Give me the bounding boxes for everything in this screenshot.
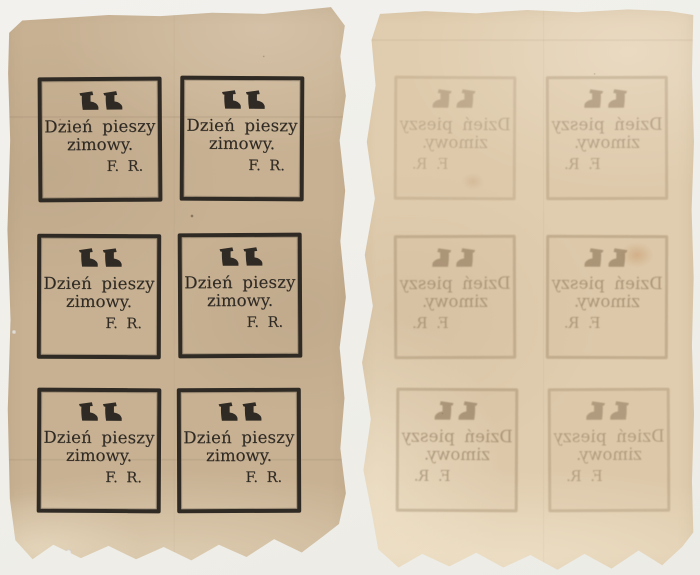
two-boots-icon xyxy=(41,247,157,268)
two-boots-icon xyxy=(42,90,158,112)
stamp-initials: F. R. xyxy=(42,159,158,176)
stamp-initials: F. R. xyxy=(182,315,298,332)
label-stamp-showthrough: Dzień pieszy zimowy. F. R. xyxy=(548,388,671,513)
stamp-text-line2: zimowy. xyxy=(42,136,158,156)
stamp-initials: F. R. xyxy=(551,469,667,486)
label-stamp-showthrough: Dzień pieszy zimowy. F. R. xyxy=(396,388,519,513)
stamp-text-line1: Dzień pieszy xyxy=(397,275,513,294)
two-boots-icon xyxy=(184,89,300,111)
stamp-text-line1: Dzień pieszy xyxy=(41,429,157,448)
label-stamp-showthrough: Dzień pieszy zimowy. F. R. xyxy=(546,235,668,359)
stamp-text-line2: zimowy. xyxy=(551,446,667,466)
label-stamp: Dzień pieszy zimowy. F. R. xyxy=(37,388,162,514)
stamp-text-line2: zimowy. xyxy=(397,293,513,312)
label-stamp-showthrough: Dzień pieszy zimowy. F. R. xyxy=(394,76,517,201)
stamp-text-line2: zimowy. xyxy=(41,293,157,312)
label-stamp: Dzień pieszy zimowy. F. R. xyxy=(177,388,301,513)
paper-hole xyxy=(12,330,16,334)
stamp-text-line2: zimowy. xyxy=(182,292,298,312)
two-boots-icon xyxy=(549,88,665,109)
stamp-text-line2: zimowy. xyxy=(184,135,300,155)
stamp-text-line1: Dzień pieszy xyxy=(181,429,297,448)
stamp-initials: F. R. xyxy=(397,316,513,332)
stamp-initials: F. R. xyxy=(41,470,157,487)
label-stamp-showthrough: Dzień pieszy zimowy. F. R. xyxy=(546,76,668,200)
label-stamp: Dzień pieszy zimowy. F. R. xyxy=(178,233,303,359)
two-boots-icon xyxy=(41,401,157,423)
label-stamp: Dzień pieszy zimowy. F. R. xyxy=(180,76,305,202)
stamp-sheet-back: Dzień pieszy zimowy. F. R. Dzień pieszy … xyxy=(358,6,696,572)
two-boots-icon xyxy=(182,246,298,268)
stamp-text-line1: Dzień pieszy xyxy=(549,275,665,294)
stamp-initials: F. R. xyxy=(549,157,665,173)
stamp-text-line2: zimowy. xyxy=(41,447,157,467)
stamp-initials: F. R. xyxy=(549,316,665,332)
two-boots-icon xyxy=(397,88,513,110)
stamp-text-line1: Dzień pieszy xyxy=(41,275,157,294)
photo-of-stamp-sheets: Dzień pieszy zimowy. F. R. Dzień pieszy … xyxy=(0,0,700,575)
stamp-text-line1: Dzień pieszy xyxy=(182,274,298,293)
stamp-text-line1: Dzień pieszy xyxy=(399,428,515,447)
stamp-initials: F. R. xyxy=(181,470,297,486)
two-boots-icon xyxy=(181,401,297,422)
stamp-initials: F. R. xyxy=(399,469,515,486)
stamp-sheet-front: Dzień pieszy zimowy. F. R. Dzień pieszy … xyxy=(5,6,350,566)
stamp-text-line2: zimowy. xyxy=(549,134,665,153)
stamp-text-line1: Dzień pieszy xyxy=(397,116,513,135)
label-stamp-showthrough: Dzień pieszy zimowy. F. R. xyxy=(394,235,516,359)
stamp-text-line2: zimowy. xyxy=(397,134,513,154)
stamp-text-line2: zimowy. xyxy=(399,446,515,466)
two-boots-icon xyxy=(397,247,513,268)
two-boots-icon xyxy=(399,400,515,422)
stamp-text-line1: Dzień pieszy xyxy=(551,428,667,447)
label-stamp: Dzień pieszy zimowy. F. R. xyxy=(38,77,163,203)
stamp-text-line1: Dzień pieszy xyxy=(549,116,665,135)
stamp-initials: F. R. xyxy=(41,316,157,332)
stamp-text-line2: zimowy. xyxy=(549,293,665,312)
two-boots-icon xyxy=(549,247,665,268)
stamp-initials: F. R. xyxy=(397,157,513,174)
two-boots-icon xyxy=(551,400,667,422)
stamp-text-line2: zimowy. xyxy=(181,447,297,466)
paper-hole xyxy=(632,555,641,563)
stamp-text-line1: Dzień pieszy xyxy=(184,117,300,136)
stamp-initials: F. R. xyxy=(184,158,300,175)
label-stamp: Dzień pieszy zimowy. F. R. xyxy=(37,234,161,359)
paper-hole xyxy=(65,549,72,556)
stamp-text-line1: Dzień pieszy xyxy=(42,118,158,137)
